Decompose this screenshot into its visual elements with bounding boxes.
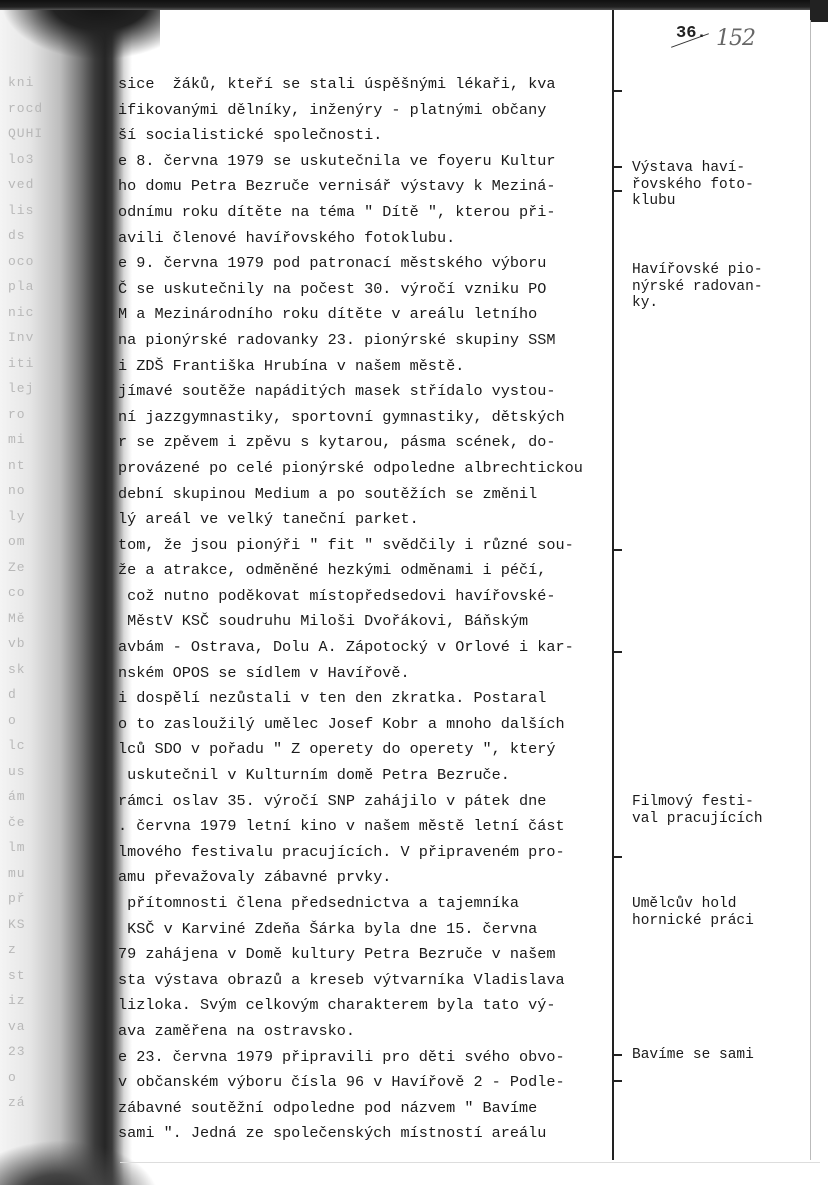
previous-page-bleed-text: knirocdQUHIlo3vedlisdsocoplanicInvitilej…	[8, 70, 78, 1116]
text-line: sice žáků, kteří se stali úspěšnými léka…	[118, 72, 618, 98]
text-line: 79 zahájena v Domě kultury Petra Bezruče…	[118, 942, 618, 968]
text-line: KSČ v Karviné Zdeňa Šárka byla dne 15. č…	[118, 917, 618, 943]
ghost-line: lm	[8, 835, 78, 861]
margin-note-artist-tribute-mining: Umělcův hold hornické práci	[632, 896, 754, 929]
ghost-line: ro	[8, 402, 78, 428]
text-line: . června 1979 letní kino v našem městě l…	[118, 814, 618, 840]
ghost-line: mu	[8, 861, 78, 887]
ghost-line: iti	[8, 351, 78, 377]
text-line: Č se uskutečnily na počest 30. výročí vz…	[118, 277, 618, 303]
text-line: přítomnosti člena předsednictva a tajemn…	[118, 891, 618, 917]
page-number-handwritten: 152	[716, 26, 755, 51]
chronicle-body-text: sice žáků, kteří se stali úspěšnými léka…	[118, 72, 618, 1147]
ghost-line: no	[8, 478, 78, 504]
ghost-line: 23	[8, 1039, 78, 1065]
hyphen-tick	[614, 190, 622, 192]
page-bottom-edge	[120, 1162, 820, 1163]
text-line: r se zpěvem i zpěvu s kytarou, pásma scé…	[118, 430, 618, 456]
ghost-line: ved	[8, 172, 78, 198]
text-line: zábavné soutěžní odpoledne pod názvem " …	[118, 1096, 618, 1122]
margin-note-bavime-se-sami: Bavíme se sami	[632, 1047, 754, 1064]
text-line: i ZDŠ Františka Hrubína v našem městě.	[118, 354, 618, 380]
margin-note-pioneer-festivities: Havířovské pio- nýrské radovan- ky.	[632, 262, 763, 312]
text-line: dební skupinou Medium a po soutěžích se …	[118, 482, 618, 508]
text-line: ava zaměřena na ostravsko.	[118, 1019, 618, 1045]
ghost-line: oco	[8, 249, 78, 275]
text-line: což nutno poděkovat místopředsedovi haví…	[118, 584, 618, 610]
text-line: lmového festivalu pracujících. V připrav…	[118, 840, 618, 866]
margin-note-workers-film-festival: Filmový festi- val pracujících	[632, 794, 763, 827]
hyphen-tick	[614, 1054, 622, 1056]
ghost-line: vb	[8, 631, 78, 657]
text-line: provázené po celé pionýrské odpoledne al…	[118, 456, 618, 482]
scan-corner-edge	[810, 0, 828, 22]
ghost-line: iz	[8, 988, 78, 1014]
scan-top-edge	[0, 0, 828, 10]
ghost-line: co	[8, 580, 78, 606]
ghost-line: nic	[8, 300, 78, 326]
ghost-line: us	[8, 759, 78, 785]
ghost-line: nt	[8, 453, 78, 479]
text-line: uskutečnil v Kulturním domě Petra Bezruč…	[118, 763, 618, 789]
ghost-line: mi	[8, 427, 78, 453]
text-line: ifikovanými dělníky, inženýry - platnými…	[118, 98, 618, 124]
text-line: že a atrakce, odměněné hezkými odměnami …	[118, 558, 618, 584]
text-line: lců SDO v pořadu " Z operety do operety …	[118, 737, 618, 763]
text-line: sta výstava obrazů a kreseb výtvarníka V…	[118, 968, 618, 994]
text-line: e 23. června 1979 připravili pro děti sv…	[118, 1045, 618, 1071]
ghost-line: Inv	[8, 325, 78, 351]
ghost-line: st	[8, 963, 78, 989]
text-line: o to zasloužilý umělec Josef Kobr a mnoh…	[118, 712, 618, 738]
text-line: avili členové havířovského fotoklubu.	[118, 226, 618, 252]
hyphen-tick	[614, 1080, 622, 1082]
ghost-line: lc	[8, 733, 78, 759]
text-line: e 9. června 1979 pod patronací městského…	[118, 251, 618, 277]
text-line: sami ". Jedná ze společenských místností…	[118, 1121, 618, 1147]
text-line: amu převažovaly zábavné prvky.	[118, 865, 618, 891]
ghost-line: lej	[8, 376, 78, 402]
text-line: tom, že jsou pionýři " fit " svědčily i …	[118, 533, 618, 559]
text-line: jímavé soutěže napáditých masek střídalo…	[118, 379, 618, 405]
text-line: rámci oslav 35. výročí SNP zahájilo v pá…	[118, 789, 618, 815]
ghost-line: Mě	[8, 606, 78, 632]
ghost-line: KS	[8, 912, 78, 938]
text-line: odnímu roku dítěte na téma " Dítě ", kte…	[118, 200, 618, 226]
text-line: i dospělí nezůstali v ten den zkratka. P…	[118, 686, 618, 712]
ghost-line: lis	[8, 198, 78, 224]
text-line: ho domu Petra Bezruče vernisář výstavy k…	[118, 174, 618, 200]
ghost-line: pla	[8, 274, 78, 300]
ghost-line: ám	[8, 784, 78, 810]
text-line: nském OPOS se sídlem v Havířově.	[118, 661, 618, 687]
text-line: na pionýrské radovanky 23. pionýrské sku…	[118, 328, 618, 354]
text-line: M a Mezinárodního roku dítěte v areálu l…	[118, 302, 618, 328]
hyphen-tick	[614, 549, 622, 551]
text-line: ní jazzgymnastiky, sportovní gymnastiky,…	[118, 405, 618, 431]
ghost-line: ly	[8, 504, 78, 530]
ghost-line: zá	[8, 1090, 78, 1116]
hyphen-tick	[614, 90, 622, 92]
ghost-line: lo3	[8, 147, 78, 173]
text-line: lý areál ve velký taneční parket.	[118, 507, 618, 533]
ghost-line: va	[8, 1014, 78, 1040]
ghost-line: QUHI	[8, 121, 78, 147]
ghost-line: z	[8, 937, 78, 963]
text-line: ší socialistické společnosti.	[118, 123, 618, 149]
ghost-line: d	[8, 682, 78, 708]
hyphen-tick	[614, 856, 622, 858]
page-right-edge	[810, 20, 811, 1160]
text-line: e 8. června 1979 se uskutečnila ve foyer…	[118, 149, 618, 175]
ghost-line: rocd	[8, 96, 78, 122]
hyphen-tick	[614, 651, 622, 653]
text-line: avbám - Ostrava, Dolu A. Zápotocký v Orl…	[118, 635, 618, 661]
ghost-line: sk	[8, 657, 78, 683]
ghost-line: kni	[8, 70, 78, 96]
ghost-line: Ze	[8, 555, 78, 581]
page-number-typed: 36.	[676, 24, 707, 43]
text-line: MěstV KSČ soudruhu Miloši Dvořákovi, Báň…	[118, 609, 618, 635]
ghost-line: o	[8, 708, 78, 734]
ghost-line: o	[8, 1065, 78, 1091]
text-line: v občanském výboru čísla 96 v Havířově 2…	[118, 1070, 618, 1096]
ghost-line: om	[8, 529, 78, 555]
text-line: lizloka. Svým celkovým charakterem byla …	[118, 993, 618, 1019]
margin-note-photo-club-exhibition: Výstava haví- řovského foto- klubu	[632, 160, 754, 210]
ghost-line: ds	[8, 223, 78, 249]
ghost-line: če	[8, 810, 78, 836]
hyphen-tick	[614, 166, 622, 168]
ghost-line: př	[8, 886, 78, 912]
